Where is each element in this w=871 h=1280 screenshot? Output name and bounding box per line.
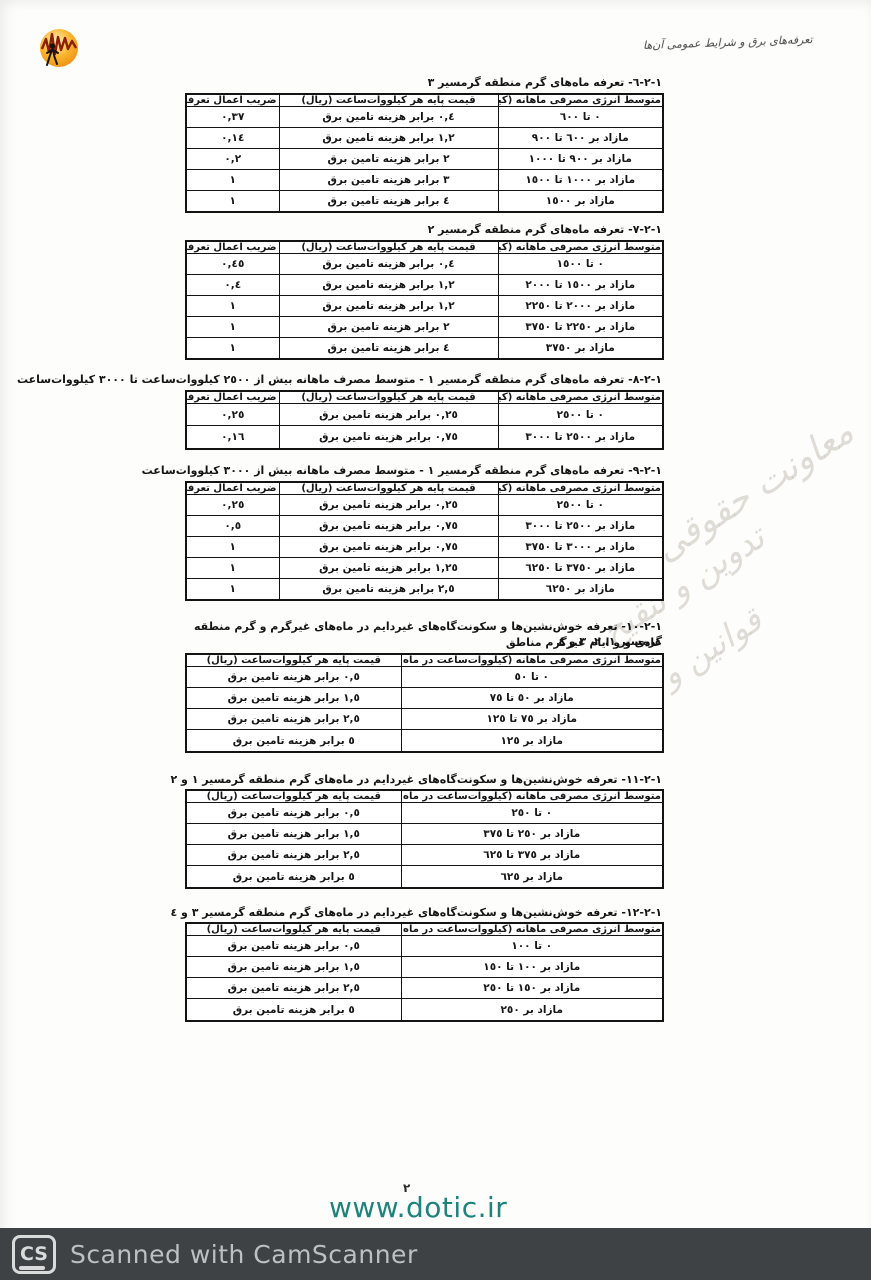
cell-price: ٠,٥ برابر هزینه تامین برق [186,667,401,688]
tariff-table-grid: متوسط انرژی مصرفی ماهانه (کیلووات‌ساعت د… [185,653,664,753]
tariff-table-garmsir3: متوسط انرژی مصرفی ماهانه (کیلووات‌ساعت د… [185,93,662,213]
table-row: مازاد بر ٣٧٥٠ تا ٦٢٥٠١,٢٥ برابر هزینه تا… [186,557,663,578]
cell-energy: مازاد بر ٣٧٥٠ تا ٦٢٥٠ [498,557,663,578]
column-header-price: قیمت پایه هر کیلووات‌ساعت (ریال) [279,482,498,495]
table-row: مازاد بر ٦٢٥٥ برابر هزینه تامین برق [186,866,663,888]
column-header-price: قیمت پایه هر کیلووات‌ساعت (ریال) [186,790,401,803]
watermark-line: معاونت حقوقی [647,411,861,570]
cell-energy: مازاد بر ١٥٠٠ [498,190,663,212]
table-row: ٠ تا ٢٥٠٠٠,٢٥ برابر هزینه تامین برق٠,٢٥ [186,404,663,426]
table-row: ٠ تا ٢٥٠٠,٥ برابر هزینه تامین برق [186,803,663,824]
cell-price: ٠,٧٥ برابر هزینه تامین برق [279,515,498,536]
cell-price: ٥ برابر هزینه تامین برق [186,730,401,752]
camscanner-bar: CS Scanned with CamScanner [0,1228,871,1280]
cell-price: ٢,٥ برابر هزینه تامین برق [186,978,401,999]
cell-price: ١,٥ برابر هزینه تامین برق [186,824,401,845]
handwritten-header-note: تعرفه‌های برق و شرایط عمومی آن‌ها [643,33,813,52]
table-row: ٠ تا ٢٥٠٠٠,٢٥ برابر هزینه تامین برق٠,٢٥ [186,495,663,516]
cell-price: ٢,٥ برابر هزینه تامین برق [186,845,401,866]
cell-energy: ٠ تا ٦٠٠ [498,107,663,128]
scanned-page: تعرفه‌های برق و شرایط عمومی آن‌ها معاونت… [0,0,871,1280]
column-header-energy: متوسط انرژی مصرفی ماهانه (کیلووات‌ساعت د… [401,654,663,667]
tariff-table-khoshneshin-garmsir12: متوسط انرژی مصرفی ماهانه (کیلووات‌ساعت د… [185,789,662,889]
cell-energy: مازاد بر ٥٠ تا ٧٥ [401,688,663,709]
camscanner-label: Scanned with CamScanner [70,1240,418,1269]
column-header-energy: متوسط انرژی مصرفی ماهانه (کیلووات‌ساعت د… [498,94,663,107]
cell-coeff: ٠,٣٧ [186,107,279,128]
cell-coeff: ١ [186,169,279,190]
column-header-coeff: ضریب اعمال تعرفه [186,391,279,404]
cell-price: ٠,٥ برابر هزینه تامین برق [186,803,401,824]
cell-price: ٠,٥ برابر هزینه تامین برق [186,936,401,957]
cell-energy: مازاد بر ٣٧٥ تا ٦٢٥ [401,845,663,866]
tariff-table-grid: متوسط انرژی مصرفی ماهانه (کیلووات‌ساعت د… [185,240,664,360]
cell-price: ٣ برابر هزینه تامین برق [279,169,498,190]
cell-price: ٥ برابر هزینه تامین برق [186,866,401,888]
cell-energy: ٠ تا ٥٠ [401,667,663,688]
cell-coeff: ١ [186,337,279,359]
cell-coeff: ٠,٤٥ [186,254,279,275]
table-row: مازاد بر ٢٥٠ تا ٣٧٥١,٥ برابر هزینه تامین… [186,824,663,845]
cell-energy: مازاد بر ١٥٠٠ تا ٢٠٠٠ [498,274,663,295]
cell-price: ١,٥ برابر هزینه تامین برق [186,688,401,709]
cell-price: ٠,٤ برابر هزینه تامین برق [279,107,498,128]
table-row: مازاد بر ١٥٠٠ تا ٢٠٠٠١,٢ برابر هزینه تام… [186,274,663,295]
cell-energy: مازاد بر ٦٢٥٠ [498,578,663,600]
cell-energy: ٠ تا ١٠٠ [401,936,663,957]
column-header-price: قیمت پایه هر کیلووات‌ساعت (ریال) [186,654,401,667]
cell-coeff: ٠,٢ [186,148,279,169]
cell-energy: مازاد بر ١٠٠٠ تا ١٥٠٠ [498,169,663,190]
table-row: مازاد بر ٦٠٠ تا ٩٠٠١,٢ برابر هزینه تامین… [186,127,663,148]
tariff-table-grid: متوسط انرژی مصرفی ماهانه (کیلووات‌ساعت د… [185,789,664,889]
table-row: مازاد بر ٣٧٥ تا ٦٢٥٢,٥ برابر هزینه تامین… [186,845,663,866]
cell-energy: مازاد بر ٢٥٠٠ تا ٣٠٠٠ [498,426,663,449]
cell-price: ٠,٧٥ برابر هزینه تامین برق [279,426,498,449]
table-row: مازاد بر ١٠٠٠ تا ١٥٠٠٣ برابر هزینه تامین… [186,169,663,190]
column-header-price: قیمت پایه هر کیلووات‌ساعت (ریال) [186,923,401,936]
cell-energy: مازاد بر ٩٠٠ تا ١٠٠٠ [498,148,663,169]
cell-price: ٠,٢٥ برابر هزینه تامین برق [279,495,498,516]
tariff-table-garmsir1-over3000: متوسط انرژی مصرفی ماهانه (کیلووات‌ساعت د… [185,481,662,601]
table-row: مازاد بر ١٠٠ تا ١٥٠١,٥ برابر هزینه تامین… [186,957,663,978]
table-row: مازاد بر ٢٢٥٠ تا ٣٧٥٠٢ برابر هزینه تامین… [186,316,663,337]
table-title-khoshneshin-garmsir34: ١-٢-١٢- تعرفه خوش‌نشین‌ها و سکونت‌گاه‌ها… [102,906,662,919]
cell-coeff: ١ [186,578,279,600]
cell-energy: مازاد بر ١٥٠ تا ٢٥٠ [401,978,663,999]
table-row: مازاد بر ٥٠ تا ٧٥١,٥ برابر هزینه تامین ب… [186,688,663,709]
column-header-price: قیمت پایه هر کیلووات‌ساعت (ریال) [279,94,498,107]
cell-price: ٠,٧٥ برابر هزینه تامین برق [279,536,498,557]
cell-energy: مازاد بر ٢٢٥٠ تا ٣٧٥٠ [498,316,663,337]
table-row: مازاد بر ٧٥ تا ١٢٥٢,٥ برابر هزینه تامین … [186,709,663,730]
column-header-energy: متوسط انرژی مصرفی ماهانه (کیلووات‌ساعت د… [401,923,663,936]
cell-energy: مازاد بر ٦٠٠ تا ٩٠٠ [498,127,663,148]
cell-coeff: ١ [186,536,279,557]
cell-price: ٤ برابر هزینه تامین برق [279,337,498,359]
cell-price: ٤ برابر هزینه تامین برق [279,190,498,212]
table-row: مازاد بر ١٢٥٥ برابر هزینه تامین برق [186,730,663,752]
tariff-table-grid: متوسط انرژی مصرفی ماهانه (کیلووات‌ساعت د… [185,390,664,450]
table-title-khoshneshin-garmsir12: ١-٢-١١- تعرفه خوش‌نشین‌ها و سکونت‌گاه‌ها… [102,773,662,786]
cell-price: ١,٢ برابر هزینه تامین برق [279,295,498,316]
table-row: مازاد بر ٣٠٠٠ تا ٣٧٥٠٠,٧٥ برابر هزینه تا… [186,536,663,557]
table-title-garmsir2: ١-٢-٧- تعرفه ماه‌های گرم منطقه گرمسیر ٢ [102,223,662,236]
cell-energy: مازاد بر ٧٥ تا ١٢٥ [401,709,663,730]
cell-price: ١,٥ برابر هزینه تامین برق [186,957,401,978]
column-header-energy: متوسط انرژی مصرفی ماهانه (کیلووات‌ساعت د… [498,482,663,495]
cell-coeff: ١ [186,316,279,337]
cell-price: ٠,٢٥ برابر هزینه تامین برق [279,404,498,426]
column-header-energy: متوسط انرژی مصرفی ماهانه (کیلووات‌ساعت د… [498,391,663,404]
cell-energy: مازاد بر ٢٥٠ تا ٣٧٥ [401,824,663,845]
cell-coeff: ٠,٥ [186,515,279,536]
table-row: مازاد بر ٣٧٥٠٤ برابر هزینه تامین برق١ [186,337,663,359]
cell-energy: ٠ تا ٢٥٠ [401,803,663,824]
table-row: مازاد بر ٢٠٠٠ تا ٢٢٥٠١,٢ برابر هزینه تام… [186,295,663,316]
cell-coeff: ٠,٢٥ [186,404,279,426]
tariff-table-garmsir2: متوسط انرژی مصرفی ماهانه (کیلووات‌ساعت د… [185,240,662,360]
tariff-table-khoshneshin-garmsir34: متوسط انرژی مصرفی ماهانه (کیلووات‌ساعت د… [185,922,662,1022]
cell-energy: مازاد بر ٣٧٥٠ [498,337,663,359]
column-header-coeff: ضریب اعمال تعرفه [186,482,279,495]
table-row: ٠ تا ١٠٠٠,٥ برابر هزینه تامین برق [186,936,663,957]
cell-price: ٢,٥ برابر هزینه تامین برق [186,709,401,730]
cell-coeff: ٠,٤ [186,274,279,295]
table-row: ٠ تا ٥٠٠,٥ برابر هزینه تامین برق [186,667,663,688]
column-header-coeff: ضریب اعمال تعرفه [186,241,279,254]
table-row: ٠ تا ٦٠٠٠,٤ برابر هزینه تامین برق٠,٣٧ [186,107,663,128]
column-header-energy: متوسط انرژی مصرفی ماهانه (کیلووات‌ساعت د… [498,241,663,254]
cell-coeff: ٠,٢٥ [186,495,279,516]
cell-price: ٢ برابر هزینه تامین برق [279,316,498,337]
cell-energy: مازاد بر ٢٥٠٠ تا ٣٠٠٠ [498,515,663,536]
cell-energy: مازاد بر ٢٥٠ [401,999,663,1021]
cell-energy: مازاد بر ١٢٥ [401,730,663,752]
power-industry-logo-icon [36,26,82,74]
cell-price: ١,٢ برابر هزینه تامین برق [279,127,498,148]
cell-energy: مازاد بر ٦٢٥ [401,866,663,888]
cell-price: ٥ برابر هزینه تامین برق [186,999,401,1021]
column-header-energy: متوسط انرژی مصرفی ماهانه (کیلووات‌ساعت د… [401,790,663,803]
column-header-coeff: ضریب اعمال تعرفه [186,94,279,107]
table-row: مازاد بر ٢٥٠٠ تا ٣٠٠٠٠,٧٥ برابر هزینه تا… [186,515,663,536]
tariff-table-khoshneshin-normal: متوسط انرژی مصرفی ماهانه (کیلووات‌ساعت د… [185,653,662,753]
cell-price: ١,٢٥ برابر هزینه تامین برق [279,557,498,578]
table-row: مازاد بر ٢٥٠٥ برابر هزینه تامین برق [186,999,663,1021]
cell-energy: مازاد بر ١٠٠ تا ١٥٠ [401,957,663,978]
cell-price: ٢ برابر هزینه تامین برق [279,148,498,169]
cell-price: ٢,٥ برابر هزینه تامین برق [279,578,498,600]
cell-coeff: ١ [186,557,279,578]
table-row: مازاد بر ١٥٠ تا ٢٥٠٢,٥ برابر هزینه تامین… [186,978,663,999]
table-row: مازاد بر ١٥٠٠٤ برابر هزینه تامین برق١ [186,190,663,212]
table-row: مازاد بر ٢٥٠٠ تا ٣٠٠٠٠,٧٥ برابر هزینه تا… [186,426,663,449]
cell-energy: ٠ تا ٢٥٠٠ [498,495,663,516]
table-row: مازاد بر ٦٢٥٠٢,٥ برابر هزینه تامین برق١ [186,578,663,600]
cell-coeff: ٠,١٦ [186,426,279,449]
table-title-garmsir3: ١-٢-٦- تعرفه ماه‌های گرم منطقه گرمسیر ٣ [102,76,662,89]
tariff-table-grid: متوسط انرژی مصرفی ماهانه (کیلووات‌ساعت د… [185,481,664,601]
tariff-table-grid: متوسط انرژی مصرفی ماهانه (کیلووات‌ساعت د… [185,93,664,213]
camscanner-logo-icon: CS [12,1235,56,1274]
cell-coeff: ٠,١٤ [186,127,279,148]
table-title-garmsir1-over3000: ١-٢-٩- تعرفه ماه‌های گرم منطقه گرمسیر ١ … [102,464,662,477]
column-header-price: قیمت پایه هر کیلووات‌ساعت (ریال) [279,391,498,404]
website-url: www.dotic.ir [329,1191,507,1224]
cell-energy: ٠ تا ١٥٠٠ [498,254,663,275]
cell-price: ١,٢ برابر هزینه تامین برق [279,274,498,295]
tariff-table-garmsir1-2500-3000: متوسط انرژی مصرفی ماهانه (کیلووات‌ساعت د… [185,390,662,450]
cell-price: ٠,٤ برابر هزینه تامین برق [279,254,498,275]
table-row: مازاد بر ٩٠٠ تا ١٠٠٠٢ برابر هزینه تامین … [186,148,663,169]
cell-energy: مازاد بر ٣٠٠٠ تا ٣٧٥٠ [498,536,663,557]
camscanner-logo-text: CS [20,1243,48,1265]
tariff-table-grid: متوسط انرژی مصرفی ماهانه (کیلووات‌ساعت د… [185,922,664,1022]
table-row: ٠ تا ١٥٠٠٠,٤ برابر هزینه تامین برق٠,٤٥ [186,254,663,275]
cell-coeff: ١ [186,190,279,212]
column-header-price: قیمت پایه هر کیلووات‌ساعت (ریال) [279,241,498,254]
table-title-garmsir1-2500-3000: ١-٢-٨- تعرفه ماه‌های گرم منطقه گرمسیر ١ … [102,373,662,386]
cell-energy: مازاد بر ٢٠٠٠ تا ٢٢٥٠ [498,295,663,316]
table-title-khoshneshin-normal-line2: گرمسیر ١، ٢، ٣ و ٤ [102,635,662,648]
cell-energy: ٠ تا ٢٥٠٠ [498,404,663,426]
cell-coeff: ١ [186,295,279,316]
